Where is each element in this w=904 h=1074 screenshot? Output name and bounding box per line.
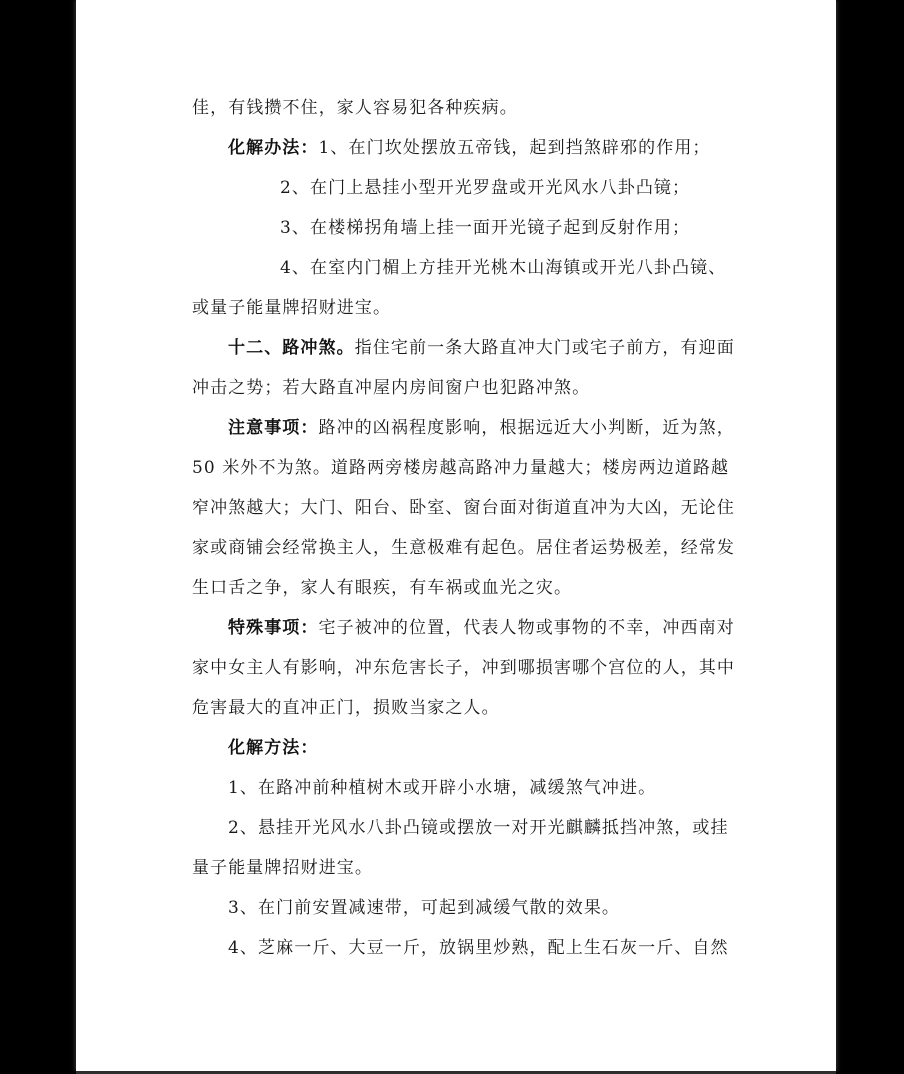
document-page: 佳，有钱攒不住，家人容易犯各种疾病。 化解办法：1、在门坎处摆放五帝钱，起到挡煞…	[76, 0, 836, 1071]
text-line: 佳，有钱攒不住，家人容易犯各种疾病。	[192, 88, 722, 128]
line-text: 宅子被冲的位置，代表人物或事物的不幸，冲西南对	[319, 618, 735, 638]
line-text: 4、芝麻一斤、大豆一斤，放锅里炒熟，配上生石灰一斤、自然	[228, 938, 729, 958]
text-line: 生口舌之争，家人有眼疾，有车祸或血光之灾。	[192, 568, 722, 608]
text-line: 50 米外不为煞。道路两旁楼房越高路冲力量越大；楼房两边道路越	[192, 448, 722, 488]
line-text: 指住宅前一条大路直冲大门或宅子前方，有迎面	[355, 338, 735, 358]
section-heading: 十二、路冲煞。	[228, 338, 355, 358]
line-text: 3、在楼梯拐角墙上挂一面开光镜子起到反射作用；	[280, 218, 690, 238]
text-line: 化解办法：1、在门坎处摆放五帝钱，起到挡煞辟邪的作用；	[192, 128, 722, 168]
text-line: 2、在门上悬挂小型开光罗盘或开光风水八卦凸镜；	[192, 168, 722, 208]
page-content: 佳，有钱攒不住，家人容易犯各种疾病。 化解办法：1、在门坎处摆放五帝钱，起到挡煞…	[192, 88, 722, 968]
line-text: 家或商铺会经常换主人，生意极难有起色。居住者运势极差，经常发	[192, 538, 735, 558]
text-line: 危害最大的直冲正门，损败当家之人。	[192, 688, 722, 728]
text-line: 2、悬挂开光风水八卦凸镜或摆放一对开光麒麟抵挡冲煞，或挂	[192, 808, 722, 848]
text-line: 特殊事项：宅子被冲的位置，代表人物或事物的不幸，冲西南对	[192, 608, 722, 648]
line-text: 家中女主人有影响，冲东危害长子，冲到哪损害哪个宫位的人，其中	[192, 658, 735, 678]
text-line: 或量子能量牌招财进宝。	[192, 288, 722, 328]
text-line: 3、在门前安置减速带，可起到减缓气散的效果。	[192, 888, 722, 928]
section-heading: 化解办法：	[228, 138, 319, 158]
line-text: 佳，有钱攒不住，家人容易犯各种疾病。	[192, 98, 518, 118]
line-text: 1、在路冲前种植树木或开辟小水塘，减缓煞气冲进。	[228, 778, 656, 798]
text-line: 家中女主人有影响，冲东危害长子，冲到哪损害哪个宫位的人，其中	[192, 648, 722, 688]
line-text: 危害最大的直冲正门，损败当家之人。	[192, 698, 500, 718]
line-text: 窄冲煞越大；大门、阳台、卧室、窗台面对街道直冲为大凶，无论住	[192, 498, 735, 518]
line-text: 冲击之势；若大路直冲屋内房间窗户也犯路冲煞。	[192, 378, 590, 398]
document-viewer: 佳，有钱攒不住，家人容易犯各种疾病。 化解办法：1、在门坎处摆放五帝钱，起到挡煞…	[0, 0, 904, 1074]
text-line: 量子能量牌招财进宝。	[192, 848, 722, 888]
text-line: 4、芝麻一斤、大豆一斤，放锅里炒熟，配上生石灰一斤、自然	[192, 928, 722, 968]
line-text: 2、悬挂开光风水八卦凸镜或摆放一对开光麒麟抵挡冲煞，或挂	[228, 818, 729, 838]
line-text: 50 米外不为煞。道路两旁楼房越高路冲力量越大；楼房两边道路越	[192, 458, 729, 478]
line-text: 2、在门上悬挂小型开光罗盘或开光风水八卦凸镜；	[280, 178, 690, 198]
section-heading: 化解方法：	[228, 738, 319, 758]
section-heading: 注意事项：	[228, 418, 319, 438]
text-line: 1、在路冲前种植树木或开辟小水塘，减缓煞气冲进。	[192, 768, 722, 808]
text-line: 窄冲煞越大；大门、阳台、卧室、窗台面对街道直冲为大凶，无论住	[192, 488, 722, 528]
line-text: 路冲的凶祸程度影响，根据远近大小判断，近为煞，	[319, 418, 735, 438]
section-heading: 特殊事项：	[228, 618, 319, 638]
line-text: 量子能量牌招财进宝。	[192, 858, 373, 878]
text-line: 十二、路冲煞。指住宅前一条大路直冲大门或宅子前方，有迎面	[192, 328, 722, 368]
line-text: 3、在门前安置减速带，可起到减缓气散的效果。	[228, 898, 620, 918]
text-line: 4、在室内门楣上方挂开光桃木山海镇或开光八卦凸镜、	[192, 248, 722, 288]
text-line: 3、在楼梯拐角墙上挂一面开光镜子起到反射作用；	[192, 208, 722, 248]
line-text: 生口舌之争，家人有眼疾，有车祸或血光之灾。	[192, 578, 572, 598]
line-text: 4、在室内门楣上方挂开光桃木山海镇或开光八卦凸镜、	[280, 258, 726, 278]
line-text: 或量子能量牌招财进宝。	[192, 298, 391, 318]
line-text: 1、在门坎处摆放五帝钱，起到挡煞辟邪的作用；	[319, 138, 711, 158]
text-line: 注意事项：路冲的凶祸程度影响，根据远近大小判断，近为煞，	[192, 408, 722, 448]
text-line: 化解方法：	[192, 728, 722, 768]
text-line: 家或商铺会经常换主人，生意极难有起色。居住者运势极差，经常发	[192, 528, 722, 568]
text-line: 冲击之势；若大路直冲屋内房间窗户也犯路冲煞。	[192, 368, 722, 408]
